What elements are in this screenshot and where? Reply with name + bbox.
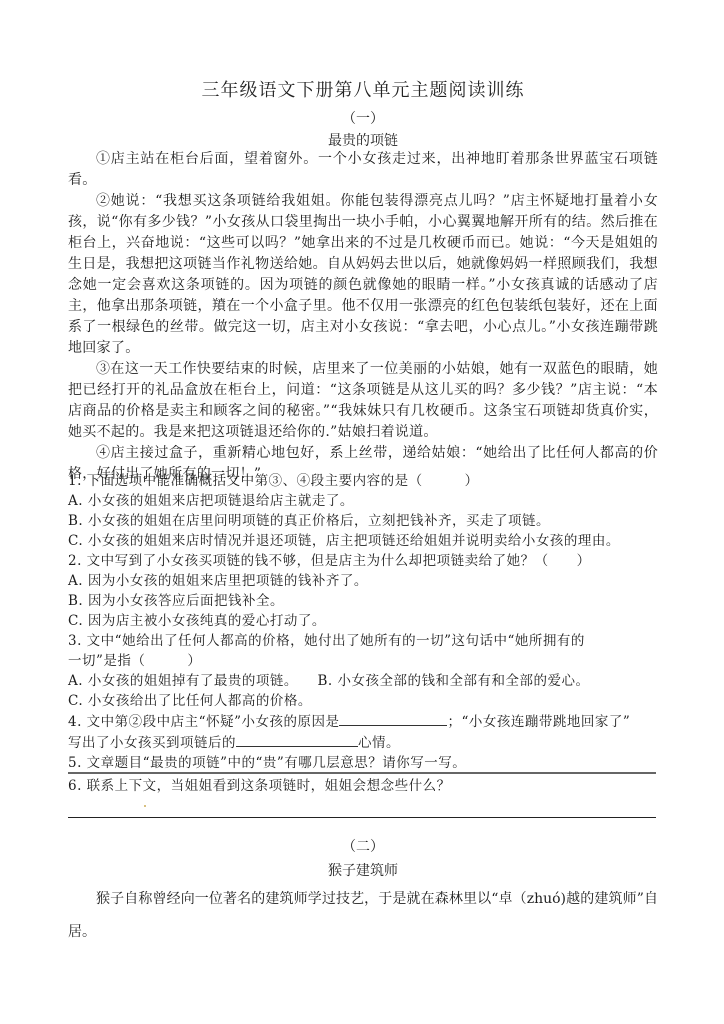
question-1-option-c: C. 小女孩的姐姐来店时情况并退还项链，店主把项链还给姐姐并说明卖给小女孩的理由… (68, 531, 658, 551)
question-4-part-4: 心情。 (358, 735, 400, 751)
question-2-option-c: C. 因为店主被小女孩纯真的爱心打动了。 (68, 611, 658, 631)
question-5-answer-line[interactable] (68, 772, 656, 774)
section-1-passage: ①店主站在柜台后面，望着窗外。一个小女孩走过来，出神地盯着那条世界蓝宝石项链看。… (68, 149, 658, 485)
question-3-stem-line-1: 3. 文中“她给出了任何人都高的价格，她付出了她所有的一切”这句话中“她所拥有的 (68, 631, 658, 651)
paragraph-2: ②她说：“我想买这条项链给我姐姐。你能包装得漂亮点儿吗？”店主怀疑地打量着小女孩… (68, 191, 658, 359)
section-2-heading: 猴子建筑师 (68, 860, 658, 880)
question-6-answer-line[interactable] (68, 817, 656, 818)
question-1-option-a: A. 小女孩的姐姐来店把项链退给店主就走了。 (68, 491, 658, 511)
question-4-blank-1[interactable] (339, 711, 447, 726)
scan-speck (144, 805, 146, 807)
question-4-part-3: 写出了小女孩买到项链后的 (68, 735, 236, 751)
question-4-blank-2[interactable] (236, 732, 358, 747)
section-2-number: （二） (68, 836, 658, 856)
question-3-options-ab: A. 小女孩的姐姐掉有了最贵的项链。 B. 小女孩全部的钱和全部有和全部的爱心。 (68, 671, 658, 691)
paragraph-3: ③在这一天工作快要结束的时候，店里来了一位美丽的小姑娘，她有一双蓝色的眼睛，她把… (68, 359, 658, 443)
section-2-paragraph-1: 猴子自称曾经向一位著名的建筑师学过技艺，于是就在森林里以“卓（zhuó)越的建筑… (68, 883, 658, 949)
question-5-stem: 5. 文章题目“最贵的项链”中的“贵”有哪几层意思？请你写一写。 (68, 753, 658, 773)
question-2-option-a: A. 因为小女孩的姐姐来店里把项链的钱补齐了。 (68, 571, 658, 591)
section-1-heading: 最贵的项链 (68, 130, 658, 150)
question-2-option-b: B. 因为小女孩答应后面把钱补全。 (68, 591, 658, 611)
question-3-option-a: A. 小女孩的姐姐掉有了最贵的项链。 (68, 673, 298, 689)
paragraph-1: ①店主站在柜台后面，望着窗外。一个小女孩走过来，出神地盯着那条世界蓝宝石项链看。 (68, 149, 658, 191)
question-3-stem-line-2: 一切”是指（ ） (68, 651, 658, 671)
question-6-stem: 6. 联系上下文，当姐姐看到这条项链时，姐姐会想念些什么？ (68, 776, 658, 796)
question-4-line-2: 写出了小女孩买到项链后的心情。 (68, 732, 658, 753)
question-list: 1. 下面选项中能准确概括文中第③、④段主要内容的是（ ） A. 小女孩的姐姐来… (68, 471, 658, 773)
document-title: 三年级语文下册第八单元主题阅读训练 (68, 76, 658, 102)
question-3-option-b: B. 小女孩全部的钱和全部有和全部的爱心。 (317, 673, 589, 689)
question-2-stem: 2. 文中写到了小女孩买项链的钱不够，但是店主为什么却把项链卖给了她？（ ） (68, 551, 658, 571)
question-4-part-2: ；“小女孩连蹦带跳地回家了” (447, 714, 630, 730)
section-2-passage: 猴子自称曾经向一位著名的建筑师学过技艺，于是就在森林里以“卓（zhuó)越的建筑… (68, 883, 658, 949)
question-6: 6. 联系上下文，当姐姐看到这条项链时，姐姐会想念些什么？ (68, 776, 658, 796)
question-3-option-c: C. 小女孩给出了比任何人都高的价格。 (68, 691, 658, 711)
section-1-number: （一） (68, 108, 658, 128)
question-1-option-b: B. 小女孩的姐姐在店里问明项链的真正价格后，立刻把钱补齐，买走了项链。 (68, 511, 658, 531)
question-4-part-1: 4. 文中第②段中店主“怀疑”小女孩的原因是 (68, 714, 339, 730)
question-4-line-1: 4. 文中第②段中店主“怀疑”小女孩的原因是；“小女孩连蹦带跳地回家了” (68, 711, 658, 732)
question-1-stem: 1. 下面选项中能准确概括文中第③、④段主要内容的是（ ） (68, 471, 658, 491)
